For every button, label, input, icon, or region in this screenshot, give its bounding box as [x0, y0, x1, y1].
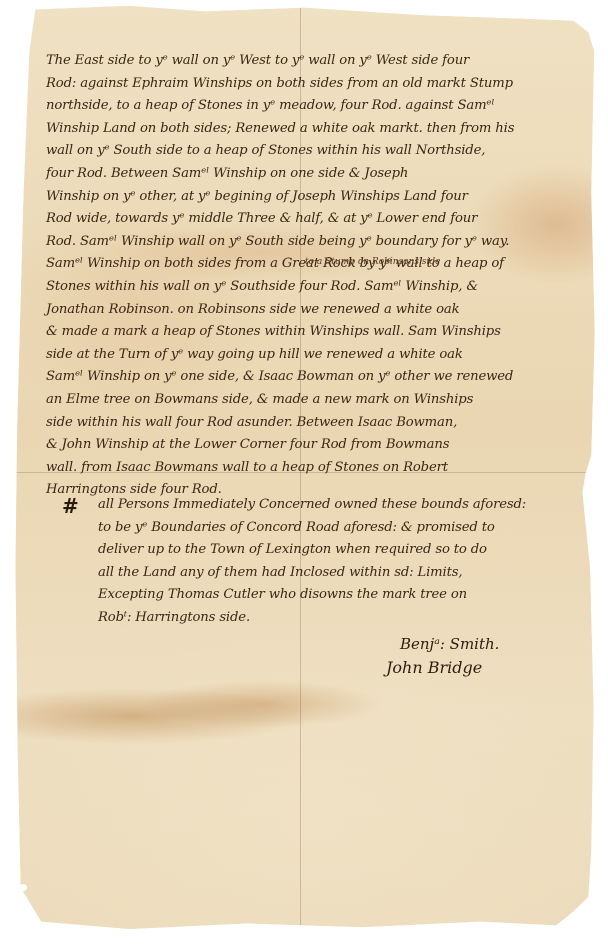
memo-line: all the Land any of them had Inclosed wi…	[98, 562, 578, 585]
text-line: Winship on yᵉ other, at yᵉ begining of J…	[46, 186, 576, 209]
memorandum-mark: #	[62, 494, 79, 518]
paper-hole	[20, 884, 27, 891]
text-line: & John Winship at the Lower Corner four …	[46, 434, 576, 457]
signature-john-bridge: John Bridge	[386, 656, 499, 680]
text-line: side at the Turn of yᵉ way going up hill…	[46, 344, 576, 367]
text-line: side within his wall four Rod asunder. B…	[46, 412, 576, 435]
text-line: Stones within his wall on yᵉ Southside f…	[46, 276, 576, 299]
text-line: northside, to a heap of Stones in yᵉ mea…	[46, 95, 576, 118]
text-line: Jonathan Robinson. on Robinsons side we …	[46, 299, 576, 322]
text-line: four Rod. Between Samᵉˡ Winship on one s…	[46, 163, 576, 186]
text-line: Rod. Samᵉˡ Winship wall on yᵉ South side…	[46, 231, 576, 254]
survey-text: The East side to yᵉ wall on yᵉ West to y…	[46, 50, 576, 502]
text-line: wall. from Isaac Bowmans wall to a heap …	[46, 457, 576, 480]
memo-line: to be yᵉ Boundaries of Concord Road afor…	[98, 517, 578, 540]
text-line: wall on yᵉ South side to a heap of Stone…	[46, 140, 576, 163]
memo-line: Robᵗ: Harringtons side.	[98, 607, 578, 630]
text-line: The East side to yᵉ wall on yᵉ West to y…	[46, 50, 576, 73]
text-line: & made a mark a heap of Stones within Wi…	[46, 321, 576, 344]
memo-line: deliver up to the Town of Lexington when…	[98, 539, 578, 562]
text-line: Rod: against Ephraim Winships on both si…	[46, 73, 576, 96]
memo-line: Excepting Thomas Cutler who disowns the …	[98, 584, 578, 607]
text-line: an Elme tree on Bowmans side, & made a n…	[46, 389, 576, 412]
signature-block: Benjᵃ: Smith. John Bridge	[400, 632, 499, 680]
signature-benj-smith: Benjᵃ: Smith.	[400, 632, 499, 656]
memorandum-text: all Persons Immediately Concerned owned …	[98, 494, 578, 630]
memo-line: all Persons Immediately Concerned owned …	[98, 494, 578, 517]
text-line: Samᵉˡ Winship on yᵉ one side, & Isaac Bo…	[46, 366, 576, 389]
text-line: Rod wide, towards yᵉ middle Three & half…	[46, 208, 576, 231]
text-line: Winship Land on both sides; Renewed a wh…	[46, 118, 576, 141]
interlineation-note: to a Stump on Robinsons side	[305, 257, 440, 267]
